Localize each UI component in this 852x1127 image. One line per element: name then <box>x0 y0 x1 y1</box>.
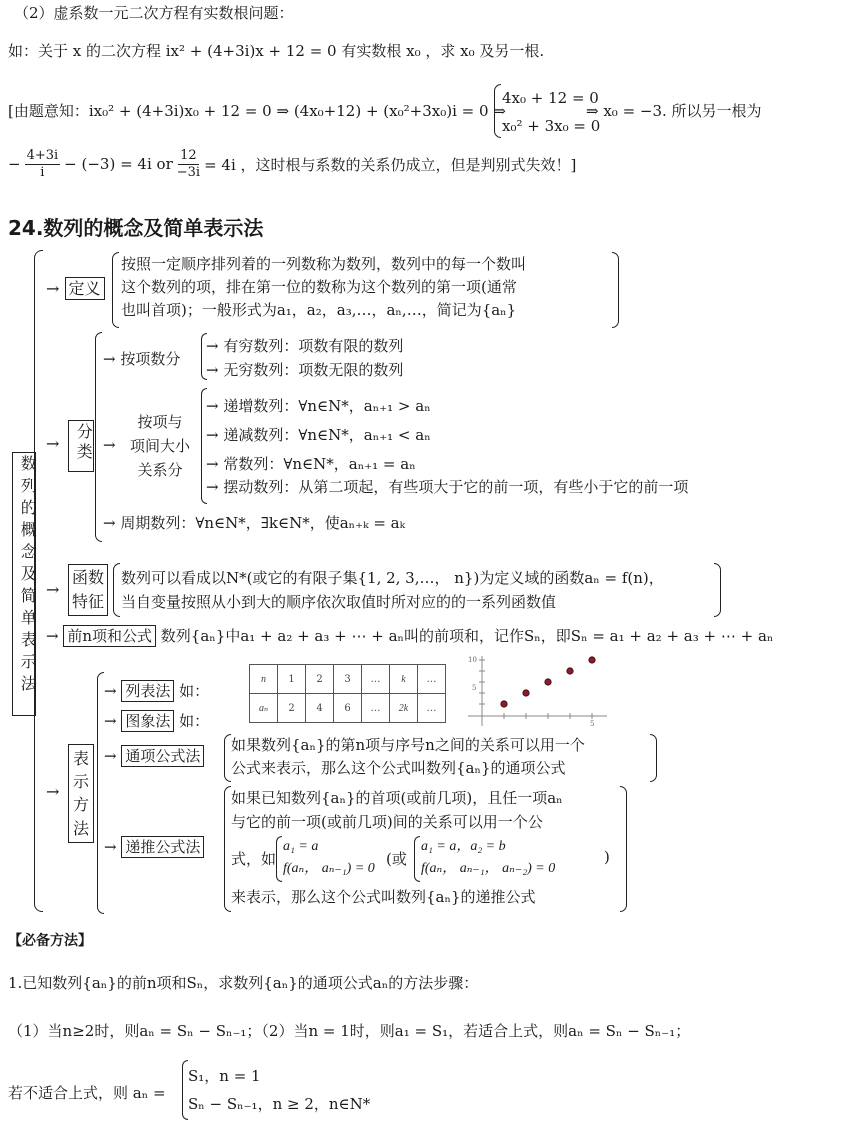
function-close-paren <box>714 563 721 617</box>
case-1: S₁，n = 1 <box>188 1062 370 1090</box>
rep-label-char: 示 <box>72 770 90 793</box>
recursive-system-2: a₁ = a，a₂ = b f(aₙ， aₙ₋₁， aₙ₋₂) = 0 <box>421 836 555 880</box>
conclusion-text: = 4i ，这时根与系数的关系仍成立，但是判别式失效！] <box>204 154 576 175</box>
sequence-table: n 1 2 3 … k … aₙ 2 4 6 … 2k … <box>249 664 446 723</box>
table-row: aₙ 2 4 6 … 2k … <box>250 694 446 723</box>
sys1-eq: f(aₙ， aₙ₋₁) = 0 <box>283 858 375 880</box>
table-row: n 1 2 3 … k … <box>250 665 446 694</box>
table-cell: … <box>362 694 390 723</box>
oscillating-sequence: → 摆动数列：从第二项起，有些项大于它的前一项，有些小于它的前一项 <box>206 473 688 502</box>
sys1-eq: a₁ = a <box>283 836 375 858</box>
general-formula-text: 如果数列{aₙ}的第n项与序号n之间的关系可以用一个 公式来表示，那么这个公式叫… <box>231 734 585 780</box>
x-tick-5: 5 <box>590 720 594 728</box>
classification-arrow: → <box>46 434 59 453</box>
definition-close-paren <box>612 252 619 328</box>
fraction-1: 4+3i i <box>25 148 61 180</box>
general-line: 如果数列{aₙ}的第n项与序号n之间的关系可以用一个 <box>231 734 585 757</box>
mid-text: − (−3) = 4i or <box>64 155 173 173</box>
cases: S₁，n = 1 Sₙ − Sₙ₋₁，n ≥ 2，n∈N* <box>188 1062 370 1118</box>
frac2-den: −3i <box>177 165 200 181</box>
by-count-label: 按项数分 <box>120 350 180 368</box>
table-cell: 4 <box>306 694 334 723</box>
general-formula-label: 通项公式法 <box>121 745 204 767</box>
decreasing-sequence: → 递减数列：∀n∈N*，aₙ₊₁ < aₙ <box>206 421 688 450</box>
method-1: 1.已知数列{aₙ}的前n项和Sₙ，求数列{aₙ}的通项公式aₙ的方法步骤： <box>8 972 478 993</box>
table-cell: 2 <box>278 694 306 723</box>
root-brace <box>34 250 43 912</box>
table-method-node: → 列表法 如： <box>104 680 209 702</box>
case-2: Sₙ − Sₙ₋₁，n ≥ 2，n∈N* <box>188 1090 370 1118</box>
representation-label: 表 示 方 法 <box>68 744 94 843</box>
system-brace <box>494 84 501 138</box>
definition-open-paren <box>112 252 119 328</box>
general-line: 公式来表示，那么这个公式叫数列{aₙ}的通项公式 <box>231 757 585 780</box>
root-concept-label: 数列的概念及简单表示法 <box>12 452 36 716</box>
by-size-label-line: 项间大小 <box>120 434 200 458</box>
representation-arrow: → <box>46 782 59 801</box>
function-feature-text: 数列可以看成以N*(或它的有限子集{1, 2, 3,…， n})为定义域的函数a… <box>121 566 664 614</box>
table-cell: n <box>250 665 278 694</box>
classification-label: 分类 <box>68 420 94 472</box>
function-line: 数列可以看成以N*(或它的有限子集{1, 2, 3,…， n})为定义域的函数a… <box>121 566 664 590</box>
minus-sign: − <box>8 155 21 173</box>
subheading: （2）虚系数一元二次方程有实数根问题： <box>14 2 294 23</box>
by-size-label: 按项与 项间大小 关系分 <box>120 410 200 482</box>
definition-node: → 定义 <box>46 277 105 300</box>
y-tick-5: 5 <box>472 684 476 692</box>
by-size-items: → 递增数列：∀n∈N*，aₙ₊₁ > aₙ → 递减数列：∀n∈N*，aₙ₊₁… <box>206 392 688 502</box>
otherwise-prefix: 若不适合上式，则 aₙ = <box>8 1082 166 1103</box>
definition-line: 也叫首项)；一般形式为a₁，a₂，a₃,…，aₙ,…，简记为{aₙ} <box>121 299 526 322</box>
graph-method-label: 图象法 <box>121 710 174 732</box>
graph-method-suffix: 如： <box>179 712 209 730</box>
definition-line: 按照一定顺序排列着的一列数称为数列，数列中的每一个数叫 <box>121 253 526 276</box>
table-cell: 1 <box>278 665 306 694</box>
table-cell: 2k <box>390 694 418 723</box>
partial-sum-node: → 前n项和公式 数列{aₙ}中a₁ + a₂ + a₃ + ⋯ + aₙ叫的前… <box>46 625 773 647</box>
finite-sequence: → 有穷数列：项数有限的数列 <box>206 334 403 358</box>
recursive-line3-prefix: 式，如 <box>231 848 276 869</box>
definition-text: 按照一定顺序排列着的一列数称为数列，数列中的每一个数叫 这个数列的项，排在第一位… <box>121 253 526 322</box>
fraction-2: 12 −3i <box>177 148 200 180</box>
function-line: 当自变量按照从小到大的顺序依次取值时所对应的的一系列函数值 <box>121 590 664 614</box>
by-size-label-line: 关系分 <box>120 458 200 482</box>
recursive-line: 与它的前一项(或前几项)间的关系可以用一个公 <box>231 810 563 834</box>
function-label-line: 特征 <box>72 590 104 614</box>
by-size-arrow: → <box>103 436 116 454</box>
function-label-line: 函数 <box>72 566 104 590</box>
recursive-formula-label: 递推公式法 <box>121 836 204 858</box>
increasing-sequence: → 递增数列：∀n∈N*，aₙ₊₁ > aₙ <box>206 392 688 421</box>
example-problem: 如：关于 x 的二次方程 ix² + (4+3i)x + 12 = 0 有实数根… <box>8 40 544 61</box>
sequence-scatter-plot: 10 5 5 <box>462 652 612 728</box>
methods-heading: 【必备方法】 <box>8 930 92 950</box>
rep-label-char: 表 <box>72 747 90 770</box>
recursive-sys2-brace <box>414 836 420 882</box>
solution-line-1: [由题意知：ix₀² + (4+3i)x₀ + 12 = 0 ⇒ (4x₀+12… <box>8 100 506 121</box>
representation-brace <box>97 672 104 914</box>
general-formula-node: → 通项公式法 <box>104 745 204 767</box>
table-cell: aₙ <box>250 694 278 723</box>
by-count-items: → 有穷数列：项数有限的数列 → 无穷数列：项数无限的数列 <box>206 334 403 382</box>
recursive-sys1-brace <box>276 836 282 882</box>
frac1-num: 4+3i <box>25 148 61 165</box>
classification-brace <box>95 332 102 542</box>
recursive-line: 如果已知数列{aₙ}的首项(或前几项)，且任一项aₙ <box>231 786 563 810</box>
solution-result: ⇒ x₀ = −3. 所以另一根为 <box>586 100 762 121</box>
recursive-system-1: a₁ = a f(aₙ， aₙ₋₁) = 0 <box>283 836 375 880</box>
rep-label-char: 方 <box>72 793 90 816</box>
by-count-node: → 按项数分 <box>103 348 180 369</box>
table-method-suffix: 如： <box>179 682 209 700</box>
table-cell: … <box>418 694 446 723</box>
table-cell: … <box>362 665 390 694</box>
recursive-formula-text: 如果已知数列{aₙ}的首项(或前几项)，且任一项aₙ 与它的前一项(或前几项)间… <box>231 786 563 834</box>
function-arrow: → <box>46 580 59 599</box>
recursive-formula-node: → 递推公式法 <box>104 836 204 858</box>
general-close-paren <box>650 734 657 782</box>
general-open-paren <box>224 734 231 782</box>
section-title: 24.数列的概念及简单表示法 <box>8 212 263 241</box>
definition-label: 定义 <box>65 277 105 300</box>
table-cell: 2 <box>306 665 334 694</box>
function-open-paren <box>113 563 120 617</box>
rep-label-char: 法 <box>72 817 90 840</box>
recursive-open-paren <box>224 786 231 912</box>
infinite-sequence: → 无穷数列：项数无限的数列 <box>206 358 403 382</box>
y-tick-10: 10 <box>468 656 477 664</box>
by-size-label-line: 按项与 <box>120 410 200 434</box>
sys2-eq: f(aₙ， aₙ₋₁， aₙ₋₂) = 0 <box>421 858 555 880</box>
sys2-eq: a₁ = a，a₂ = b <box>421 836 555 858</box>
table-cell: 3 <box>334 665 362 694</box>
table-cell: k <box>390 665 418 694</box>
frac2-num: 12 <box>178 148 199 165</box>
definition-line: 这个数列的项，排在第一位的数称为这个数列的第一项(通常 <box>121 276 526 299</box>
method-1-steps: （1）当n≥2时，则aₙ = Sₙ − Sₙ₋₁；（2）当n = 1时，则a₁ … <box>8 1020 690 1041</box>
frac1-den: i <box>40 165 44 181</box>
recursive-line4: 来表示，那么这个公式叫数列{aₙ}的递推公式 <box>231 886 536 907</box>
graph-method-node: → 图象法 如： <box>104 710 209 732</box>
table-cell: 6 <box>334 694 362 723</box>
table-cell: … <box>418 665 446 694</box>
or-close: ) <box>604 848 610 866</box>
partial-sum-label: 前n项和公式 <box>63 625 156 647</box>
or-word: (或 <box>386 848 407 869</box>
partial-sum-text: 数列{aₙ}中a₁ + a₂ + a₃ + ⋯ + aₙ叫的前项和，记作Sₙ，即… <box>161 627 774 645</box>
periodic-sequence: → 周期数列：∀n∈N*，∃k∈N*，使aₙ₊ₖ = aₖ <box>103 512 405 533</box>
table-method-label: 列表法 <box>121 680 174 702</box>
recursive-close-paren <box>620 786 627 912</box>
solution-line-2: − 4+3i i − (−3) = 4i or 12 −3i = 4i ，这时根… <box>8 148 576 180</box>
function-feature-label: 函数 特征 <box>68 564 108 616</box>
